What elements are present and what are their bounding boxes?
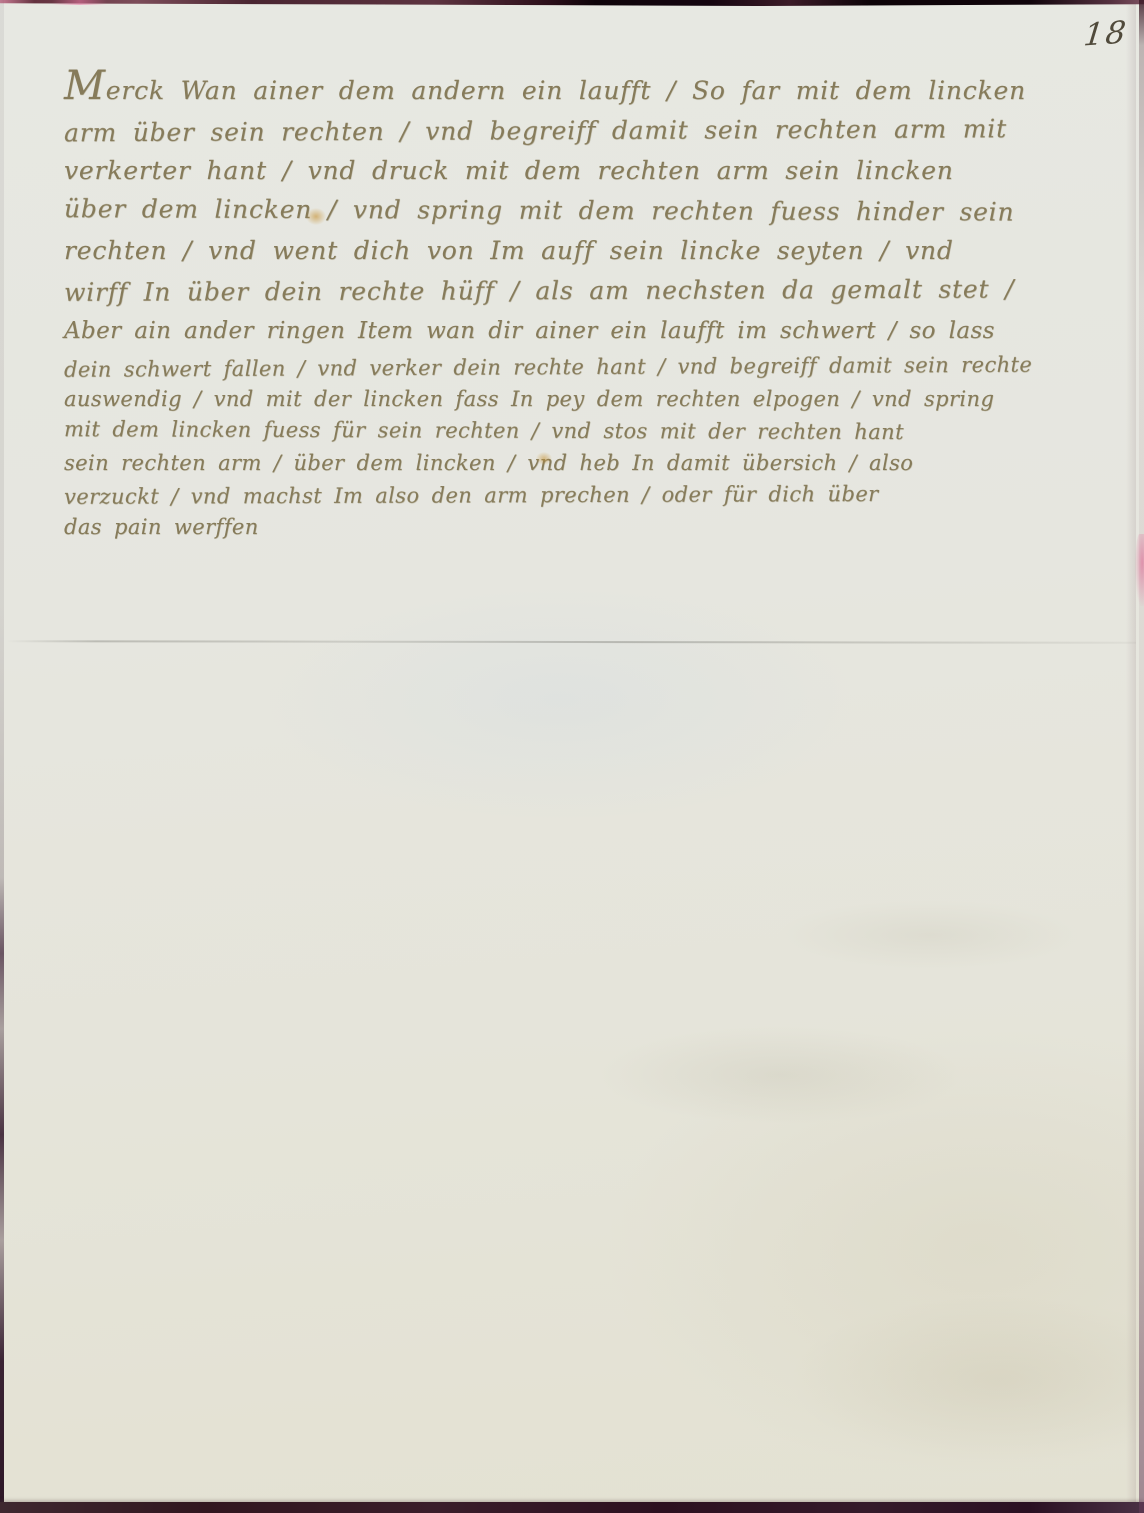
page-crease-line [6, 640, 1136, 644]
manuscript-line: Merck Wan ainer dem andern ein laufft / … [64, 66, 1124, 111]
ink-blotch [536, 452, 552, 465]
manuscript-paragraph-second: dein schwert fallen / vnd verker dein re… [64, 351, 1124, 543]
manuscript-line: verzuckt / vnd machst Im also den arm pr… [64, 477, 1124, 513]
manuscript-line: sein rechten arm / über dem lincken / vn… [64, 447, 1124, 479]
pink-pigment-smear [52, 0, 107, 5]
binding-edge-right [1139, 0, 1144, 1513]
manuscript-line: rechten / vnd went dich von Im auff sein… [64, 231, 1124, 271]
folio-number: 18 [1082, 15, 1130, 54]
manuscript-line: über dem lincken / vnd spring mit dem re… [64, 189, 1124, 233]
manuscript-line: dein schwert fallen / vnd verker dein re… [64, 348, 1124, 386]
binding-edge-bottom [0, 1502, 1144, 1513]
binding-edge-left [0, 0, 4, 1513]
manuscript-line: mit dem lincken fuess für sein rechten /… [64, 413, 1124, 449]
manuscript-line: das pain werffen [64, 511, 1124, 543]
manuscript-line: wirff In über dein rechte hüff / als am … [64, 269, 1124, 313]
page-edge-shadow [1126, 0, 1136, 1513]
manuscript-line: verkerter hant / vnd druck mit dem recht… [64, 151, 1124, 191]
binding-edge-top [0, 0, 1144, 6]
manuscript-line: arm über sein rechten / vnd begreiff dam… [64, 109, 1124, 154]
pink-pigment-mark [1135, 534, 1144, 606]
manuscript-text-area: Merck Wan ainer dem andern ein laufft / … [64, 66, 1124, 543]
manuscript-line: auswendig / vnd mit der lincken fass In … [64, 383, 1124, 415]
ink-blotch [306, 208, 326, 225]
manuscript-paragraph-first: Merck Wan ainer dem andern ein laufft / … [64, 66, 1124, 351]
manuscript-page-sheet: 18 Merck Wan ainer dem andern ein laufft… [0, 0, 1144, 1513]
manuscript-line: Aber ain ander ringen Item wan dir ainer… [64, 311, 1124, 351]
